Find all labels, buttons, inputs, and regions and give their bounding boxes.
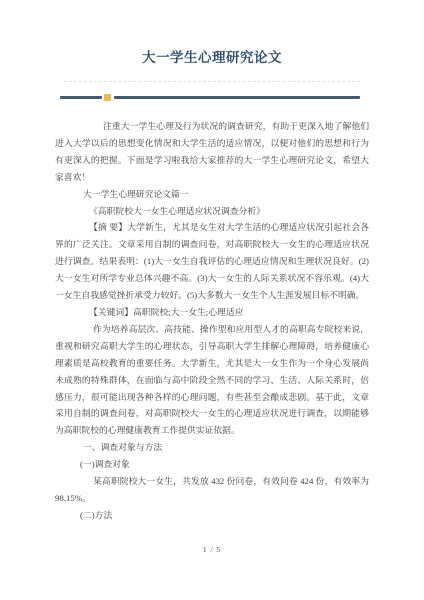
paragraph-article-title: 《高职院校大一女生心理适应状况调查分析》 (55, 203, 369, 220)
page-number: 1 / 5 (0, 545, 424, 554)
faint-dashed-rule (64, 81, 360, 82)
paragraph-intro: 注重大一学生心理及行为状况的调查研究，有助于更深入地了解他们进入大学以后的思想变… (55, 118, 369, 186)
paragraph-body-1: 作为培养高层次、高技能、操作型和应用型人才的高职高专院校来说，重视和研究高职大学… (55, 321, 369, 439)
paragraph-heading-1: 一、调查对象与方法 (55, 439, 369, 456)
document-page: { "page": { "title": "大一学生心理研究论文", "page… (0, 0, 424, 600)
paragraph-abstract: 【摘 要】大学新生，尤其是女生对大学生活的心理适应状况引起社会各界的广泛关注。文… (55, 219, 369, 304)
divider-left-segment (60, 96, 102, 99)
divider-accent-square-icon (104, 94, 111, 101)
paragraph-subheading-1: (一)调查对象 (55, 456, 369, 473)
paragraph-section-heading: 大一学生心理研究论文篇一 (55, 186, 369, 203)
document-body: 注重大一学生心理及行为状况的调查研究，有助于更深入地了解他们进入大学以后的思想变… (55, 118, 369, 524)
paragraph-keywords: 【关键词】高职院校;大一女生;心理适应 (55, 304, 369, 321)
paragraph-subheading-2: (二)方法 (55, 507, 369, 524)
page-title: 大一学生心理研究论文 (0, 46, 424, 66)
divider-right-segment (114, 96, 360, 99)
title-divider (0, 93, 424, 103)
paragraph-survey-subjects: 某高职院校大一女生，共发放 432 份问卷，有效问卷 424 份，有效率为 98… (55, 473, 369, 507)
